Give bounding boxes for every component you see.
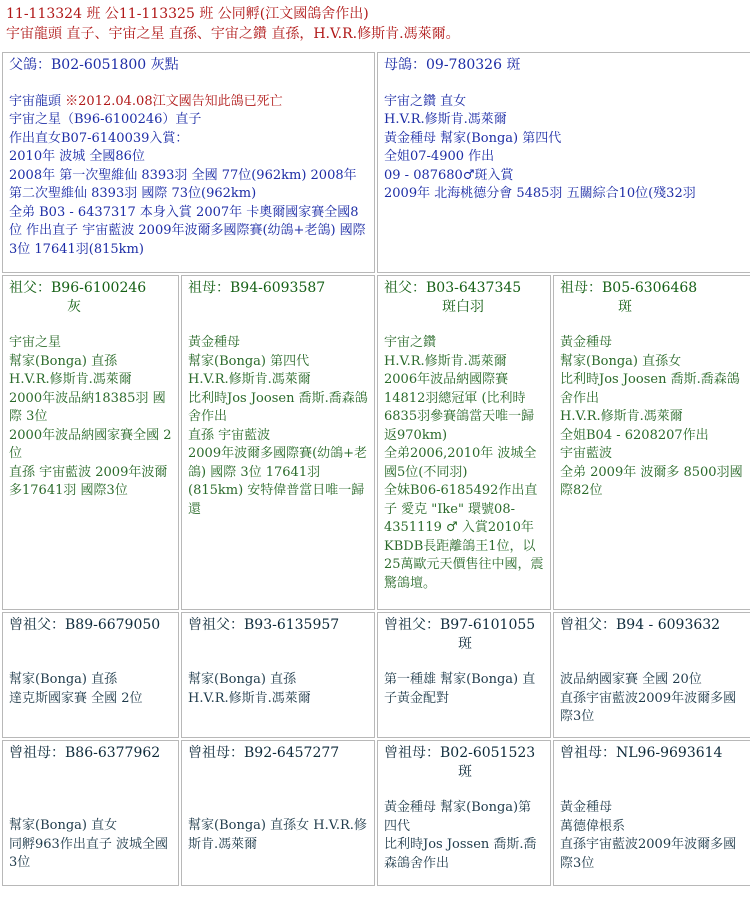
great-grandfather-line: 直孫宇宙藍波2009年波爾多國際3位 — [560, 690, 745, 727]
grandparent-cell: 祖父：B03-6437345 斑白羽 宇宙之鑽 H.V.R.修斯肯.馮萊爾 20… — [377, 275, 551, 610]
sire-cell: 父鴿：B02-6051800 灰點 宇宙龍頭 ※2012.04.08江文國告知此… — [2, 52, 375, 273]
sire-line: 宇宙龍頭 ※2012.04.08江文國告知此鴿已死亡 — [9, 93, 368, 112]
grandparent-line: 幫家(Bonga) 第四代 — [188, 353, 368, 372]
grandparent-line: 直孫 宇宙藍波 2009年波爾多17641羽 國際3位 — [9, 464, 172, 501]
dam-line: H.V.R.修斯肯.馮萊爾 — [384, 111, 745, 130]
great-grandfather-label: 曾祖父：B89-6679050 — [9, 616, 172, 653]
great-grandmother-line: 同孵963作出直子 波城全國3位 — [9, 836, 172, 873]
sire-death-note: ※2012.04.08江文國告知此鴿已死亡 — [65, 94, 282, 109]
grandparent-color: 灰 — [9, 298, 172, 317]
grandparent-label: 祖母：B94-6093587 — [188, 279, 368, 316]
grandparents-row: 祖父：B96-6100246 灰 宇宙之星 幫家(Bonga) 直孫 H.V.R… — [2, 275, 750, 610]
dam-cell: 母鴿：09-780326 斑 宇宙之鑽 直女 H.V.R.修斯肯.馮萊爾 黃金種… — [377, 52, 750, 273]
grandparent-line: 全妹B06-6185492作出直子 愛克 "Ike" 環號08-4351119 … — [384, 482, 544, 593]
dam-line: 09 - 087680♂斑入賞 — [384, 167, 745, 186]
grandparent-color: 斑 — [560, 298, 745, 317]
great-grandfather-cell: 曾祖父：B89-6679050 幫家(Bonga) 直孫 達克斯國家賽 全國 2… — [2, 612, 179, 738]
great-grandmother-line: 黃金種母 幫家(Bonga)第四代 — [384, 799, 544, 836]
great-grandfather-label: 曾祖父：B94 - 6093632 — [560, 616, 745, 653]
grandparent-line: H.V.R.修斯肯.馮萊爾 — [384, 353, 544, 372]
great-grandmother-cell: 曾祖母：B86-6377962 幫家(Bonga) 直女 同孵963作出直子 波… — [2, 740, 179, 886]
grandparent-line: 2006年波品納國際賽14812羽總冠軍 (比利時6835羽參賽鴿當天唯一歸返9… — [384, 371, 544, 445]
pigeon-title: 11-113324 班 公11-113325 班 公同孵(江文國鴿舍作出) — [6, 4, 744, 24]
great-grandmother-line: 幫家(Bonga) 直女 — [9, 817, 172, 836]
grandparent-line: 比利時Jos Joosen 喬斯.喬森鴿舍作出 — [188, 390, 368, 427]
sire-line: 作出直女B07-6140039入賞： — [9, 130, 368, 149]
grandparent-label: 祖父：B96-6100246 灰 — [9, 279, 172, 316]
grandparent-color — [188, 298, 368, 317]
great-grandmother-cell: 曾祖母：B92-6457277 幫家(Bonga) 直孫女 H.V.R.修斯肯.… — [181, 740, 375, 886]
great-grandmother-line: 萬德偉根系 — [560, 818, 745, 837]
grandparent-line: 全姐B04 - 6208207作出 — [560, 427, 745, 446]
great-grandmother-label: 曾祖母：NL96-9693614 — [560, 744, 745, 781]
great-grandmother-label: 曾祖母：B86-6377962 — [9, 744, 172, 781]
grandparent-cell: 祖母：B94-6093587 黃金種母 幫家(Bonga) 第四代 H.V.R.… — [181, 275, 375, 610]
grandparent-line: 黃金種母 — [188, 334, 368, 353]
pigeon-subtitle: 宇宙龍頭 直子、宇宙之星 直孫、宇宙之鑽 直孫，H.V.R.修斯肯.馮萊爾。 — [6, 24, 744, 44]
dam-line: 全姐07-4900 作出 — [384, 148, 745, 167]
sire-name: 宇宙龍頭 — [9, 94, 61, 109]
grandparent-label: 祖父：B03-6437345 斑白羽 — [384, 279, 544, 316]
dam-line: 黃金種母 幫家(Bonga) 第四代 — [384, 130, 745, 149]
great-grandmother-cell: 曾祖母：NL96-9693614 黃金種母 萬德偉根系 直孫宇宙藍波2009年波… — [553, 740, 750, 886]
pedigree-header: 11-113324 班 公11-113325 班 公同孵(江文國鴿舍作出) 宇宙… — [0, 0, 750, 50]
great-grandfather-line: H.V.R.修斯肯.馮萊爾 — [188, 690, 368, 709]
grandparent-line: 全弟 2009年 波爾多 8500羽國際82位 — [560, 464, 745, 501]
grandparent-line: H.V.R.修斯肯.馮萊爾 — [560, 408, 745, 427]
great-grandmother-line: 比利時Jos Jossen 喬斯.喬森鴿舍作出 — [384, 836, 544, 873]
grandparent-line: 宇宙藍波 — [560, 445, 745, 464]
grandparent-line: 2000年波品納國家賽全國 2位 — [9, 427, 172, 464]
sire-line: 全弟 B03 - 6437317 本身入賞 2007年 卡奧爾國家賽全國8位 作… — [9, 204, 368, 260]
parents-row: 父鴿：B02-6051800 灰點 宇宙龍頭 ※2012.04.08江文國告知此… — [2, 52, 750, 273]
great-grandmother-line: 直孫宇宙藍波2009年波爾多國際3位 — [560, 836, 745, 873]
grandparent-line: 2009年波爾多國際賽(幼鴿+老鴿) 國際 3位 17641羽(815km) 安… — [188, 445, 368, 519]
great-grandmothers-row: 曾祖母：B86-6377962 幫家(Bonga) 直女 同孵963作出直子 波… — [2, 740, 750, 886]
grandparent-cell: 祖父：B96-6100246 灰 宇宙之星 幫家(Bonga) 直孫 H.V.R… — [2, 275, 179, 610]
great-grandmother-line: 黃金種母 — [560, 799, 745, 818]
great-grandfather-cell: 曾祖父：B93-6135957 幫家(Bonga) 直孫 H.V.R.修斯肯.馮… — [181, 612, 375, 738]
grandparent-cell: 祖母：B05-6306468 斑 黃金種母 幫家(Bonga) 直孫女 比利時J… — [553, 275, 750, 610]
grandparent-label: 祖母：B05-6306468 斑 — [560, 279, 745, 316]
great-grandfather-line: 達克斯國家賽 全國 2位 — [9, 690, 172, 709]
dam-label: 母鴿：09-780326 斑 — [384, 56, 745, 75]
grandparent-line: 宇宙之星 — [9, 334, 172, 353]
great-grandmother-label: 曾祖母：B92-6457277 — [188, 744, 368, 781]
great-grandmother-cell: 曾祖母：B02-6051523 斑 黃金種母 幫家(Bonga)第四代 比利時J… — [377, 740, 551, 886]
grandparent-line: 宇宙之鑽 — [384, 334, 544, 353]
grandparent-color: 斑白羽 — [384, 298, 544, 317]
grandparent-line: 黃金種母 — [560, 334, 745, 353]
sire-line: 2010年 波城 全國86位 — [9, 148, 368, 167]
grandparent-line: 幫家(Bonga) 直孫女 — [560, 353, 745, 372]
grandparent-line: 2000年波品納18385羽 國際 3位 — [9, 390, 172, 427]
dam-line: 2009年 北海桃德分會 5485羽 五關綜合10位(殘32羽 — [384, 185, 745, 204]
dam-line: 宇宙之鑽 直女 — [384, 93, 745, 112]
great-grandfather-line: 幫家(Bonga) 直孫 — [9, 671, 172, 690]
sire-label: 父鴿：B02-6051800 灰點 — [9, 56, 368, 75]
great-grandfather-label: 曾祖父：B93-6135957 — [188, 616, 368, 653]
great-grandmother-label: 曾祖母：B02-6051523 斑 — [384, 744, 544, 781]
great-grandfather-line: 第一種雄 幫家(Bonga) 直子黃金配對 — [384, 671, 544, 708]
great-grandfather-label: 曾祖父：B97-6101055 斑 — [384, 616, 544, 653]
grandparent-line: 比利時Jos Joosen 喬斯.喬森鴿舍作出 — [560, 371, 745, 408]
grandparent-line: 直孫 宇宙藍波 — [188, 427, 368, 446]
pedigree-table: 父鴿：B02-6051800 灰點 宇宙龍頭 ※2012.04.08江文國告知此… — [0, 50, 750, 888]
great-grandfather-line: 幫家(Bonga) 直孫 — [188, 671, 368, 690]
great-grandfather-cell: 曾祖父：B94 - 6093632 波品納國家賽 全國 20位 直孫宇宙藍波20… — [553, 612, 750, 738]
great-grandfather-cell: 曾祖父：B97-6101055 斑 第一種雄 幫家(Bonga) 直子黃金配對 — [377, 612, 551, 738]
grandparent-line: 全弟2006,2010年 波城全國5位(不同羽) — [384, 445, 544, 482]
great-grandmother-line: 幫家(Bonga) 直孫女 H.V.R.修斯肯.馮萊爾 — [188, 817, 368, 854]
grandparent-line: H.V.R.修斯肯.馮萊爾 — [188, 371, 368, 390]
grandparent-line: H.V.R.修斯肯.馮萊爾 — [9, 371, 172, 390]
great-grandfathers-row: 曾祖父：B89-6679050 幫家(Bonga) 直孫 達克斯國家賽 全國 2… — [2, 612, 750, 738]
grandparent-line: 幫家(Bonga) 直孫 — [9, 353, 172, 372]
great-grandfather-line: 波品納國家賽 全國 20位 — [560, 671, 745, 690]
sire-line: 2008年 第一次聖維仙 8393羽 全國 77位(962km) 2008年 第… — [9, 167, 368, 204]
sire-line: 宇宙之星（B96-6100246）直子 — [9, 111, 368, 130]
